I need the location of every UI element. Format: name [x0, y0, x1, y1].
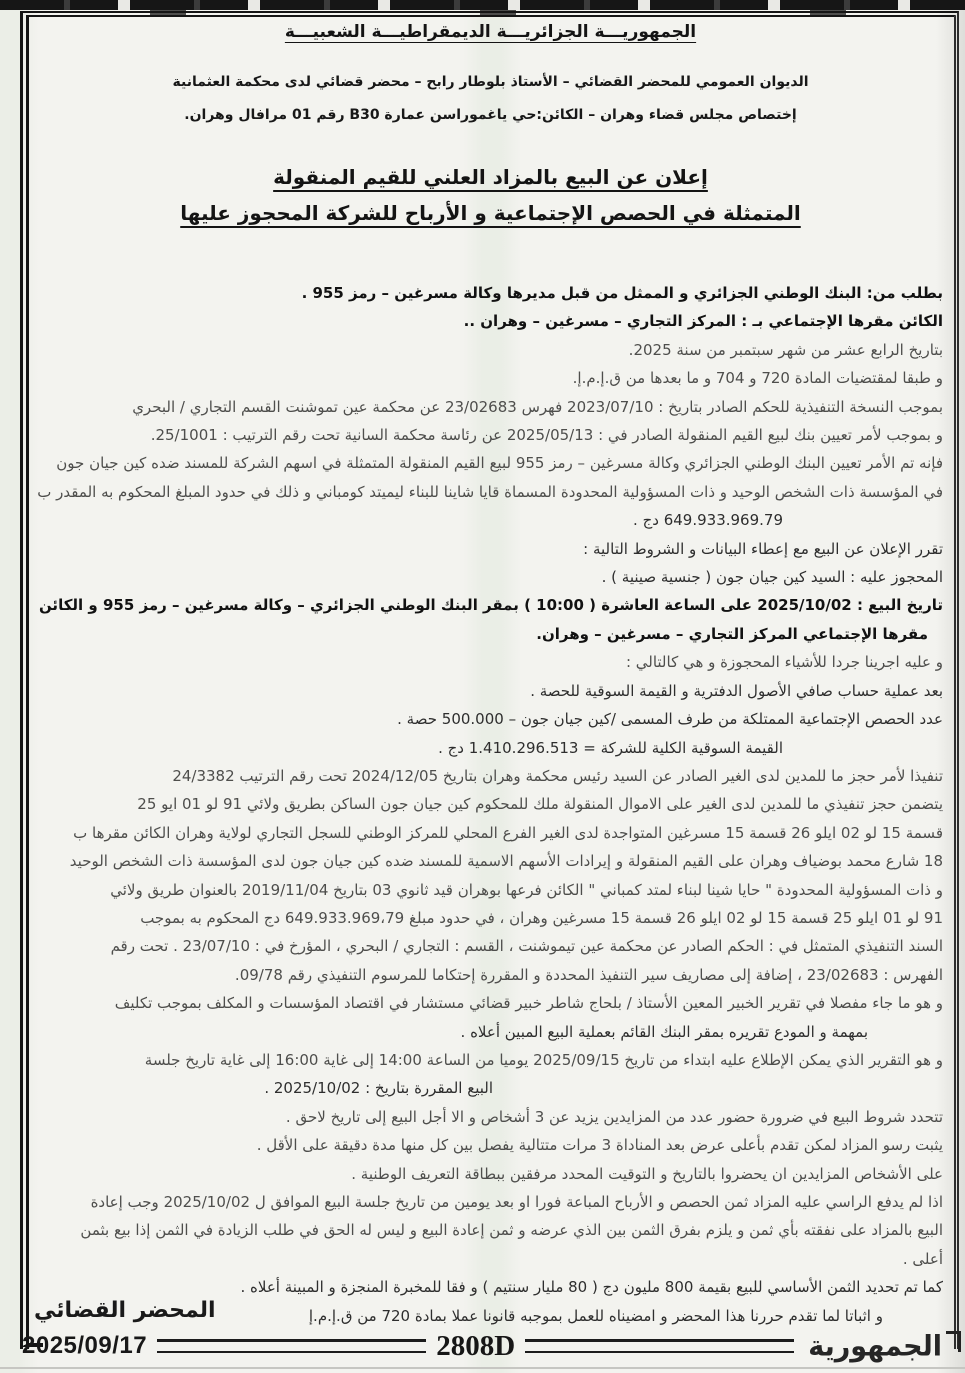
newspaper-logo: الجمهورية [808, 1330, 942, 1363]
bailiff-office-line: الديوان العمومي للمحضر القضائي – الأستاذ… [38, 66, 943, 99]
footer-rule-left [157, 1339, 426, 1353]
scan-artifact-top [0, 0, 965, 10]
frame-corner-mark [946, 1331, 961, 1352]
body-line: المحجوز عليه : السيد كين جيان جون ( جنسي… [38, 563, 943, 591]
announcement-title-line1: إعلان عن البيع بالمزاد العلني للقيم المن… [38, 164, 943, 191]
body-line: أعلى . [38, 1245, 943, 1273]
body-line: و هو التقرير الذي يمكن الإطلاع عليه ابتد… [38, 1046, 943, 1074]
body-line: البيع بالمزاد على نفقته بأي ثمن و يلزم ب… [38, 1216, 943, 1244]
body-line: قسمة 15 لو 02 ايلو 26 قسمة 15 مسرغين الم… [38, 819, 943, 847]
body-line: السند التنفيذي المتمثل في : الحكم الصادر… [38, 932, 943, 960]
body-line: الكائن مقرها الإجتماعي بـ : المركز التجا… [38, 307, 943, 335]
body-line: اذا لم يدفع الراسي عليه المزاد ثمن الحصص… [38, 1188, 943, 1216]
bailiff-signature-label: المحضر القضائي [34, 1298, 216, 1323]
body-line: يتضمن حجز تنفيذي ما للمدين لدى الغير على… [38, 790, 943, 818]
body-line: البيع المقررة بتاريخ : 2025/10/02 . [38, 1074, 943, 1102]
body-line: عدد الحصص الإجتماعية الممتلكة من طرف الم… [38, 705, 943, 733]
body-line: على الأشخاص المزايدين ان يحضروا بالتاريخ… [38, 1160, 943, 1188]
body-line: بتاريخ الرابع عشر من شهر سبتمبر من سنة 2… [38, 336, 943, 364]
page-edge-line [0, 1367, 965, 1369]
body-line: و ذات المسؤولية المحدودة " حايا شينا لبن… [38, 876, 943, 904]
republic-title: الجمهوريـــة الجزائريـــة الديمقراطيـــة… [38, 22, 943, 42]
body-line: تاريخ البيع : 2025/10/02 على الساعة العا… [38, 591, 943, 619]
body-line: مقرها الإجتماعي المركز التجاري – مسرغين … [38, 620, 943, 648]
footer-band: 2025/09/17 2808D الجمهورية [22, 1329, 961, 1363]
body-line: في المؤسسة ذات الشخص الوحيد و ذات المسؤو… [38, 478, 943, 506]
body-line: و عليه اجرينا جردا للأشياء المحجوزة و هي… [38, 648, 943, 676]
body-line: الفهرس : 23/02683 ، إضافة إلى مصاريف سير… [38, 961, 943, 989]
body-line: القيمة السوقية الكلية للشركة = 1.410.296… [38, 734, 943, 762]
bailiff-office-address-line: إختصاص مجلس قضاء وهران – الكائن:حي ياغمو… [38, 99, 943, 132]
body-line: بطلب من: البنك الوطني الجزائري و الممثل … [38, 279, 943, 307]
announcement-title-line2: المتمثلة في الحصص الإجتماعية و الأرباح ل… [38, 200, 943, 227]
footer-issue-code: 2808D [436, 1330, 515, 1363]
bailiff-office-block: الديوان العمومي للمحضر القضائي – الأستاذ… [38, 66, 943, 132]
body-line: تنفيذا لأمر حجز ما للمدين لدى الغير الصا… [38, 762, 943, 790]
body-line: بموجب النسخة التنفيذية للحكم الصادر بتار… [38, 393, 943, 421]
body-line: 18 شارع محمد بوضياف وهران على القيم المن… [38, 847, 943, 875]
body-line: و بموجب لأمر تعيين بنك لبيع القيم المنقو… [38, 421, 943, 449]
footer-publication-date: 2025/09/17 [22, 1332, 147, 1360]
body-line: بمهمة و المودع تقريره بمقر البنك القائم … [38, 1018, 943, 1046]
body-line: و طبقا لمقتضيات المادة 720 و 704 و ما بع… [38, 364, 943, 392]
document-content: الجمهوريـــة الجزائريـــة الديمقراطيـــة… [38, 12, 943, 1330]
body-line: و هو ما جاء مفصلا في تقرير الخبير المعين… [38, 989, 943, 1017]
body-line: تقرر الإعلان عن البيع مع إعطاء البيانات … [38, 535, 943, 563]
body-line: بعد عملية حساب صافي الأصول الدفترية و ال… [38, 677, 943, 705]
announcement-body: بطلب من: البنك الوطني الجزائري و الممثل … [38, 279, 943, 1330]
body-line: فإنه تم الأمر تعيين البنك الوطني الجزائر… [38, 449, 943, 477]
body-line: تتحدد شروط البيع في ضرورة حضور عدد من ال… [38, 1103, 943, 1131]
body-line: يثبت رسو المزاد لمكن تقدم بأعلى عرض بعد … [38, 1131, 943, 1159]
body-line: 649.933.969.79 دج . [38, 506, 943, 534]
body-line: 91 لو 01 ايلو 25 قسمة 15 لو 02 ايلو 26 ق… [38, 904, 943, 932]
footer-rule-right [525, 1339, 794, 1353]
